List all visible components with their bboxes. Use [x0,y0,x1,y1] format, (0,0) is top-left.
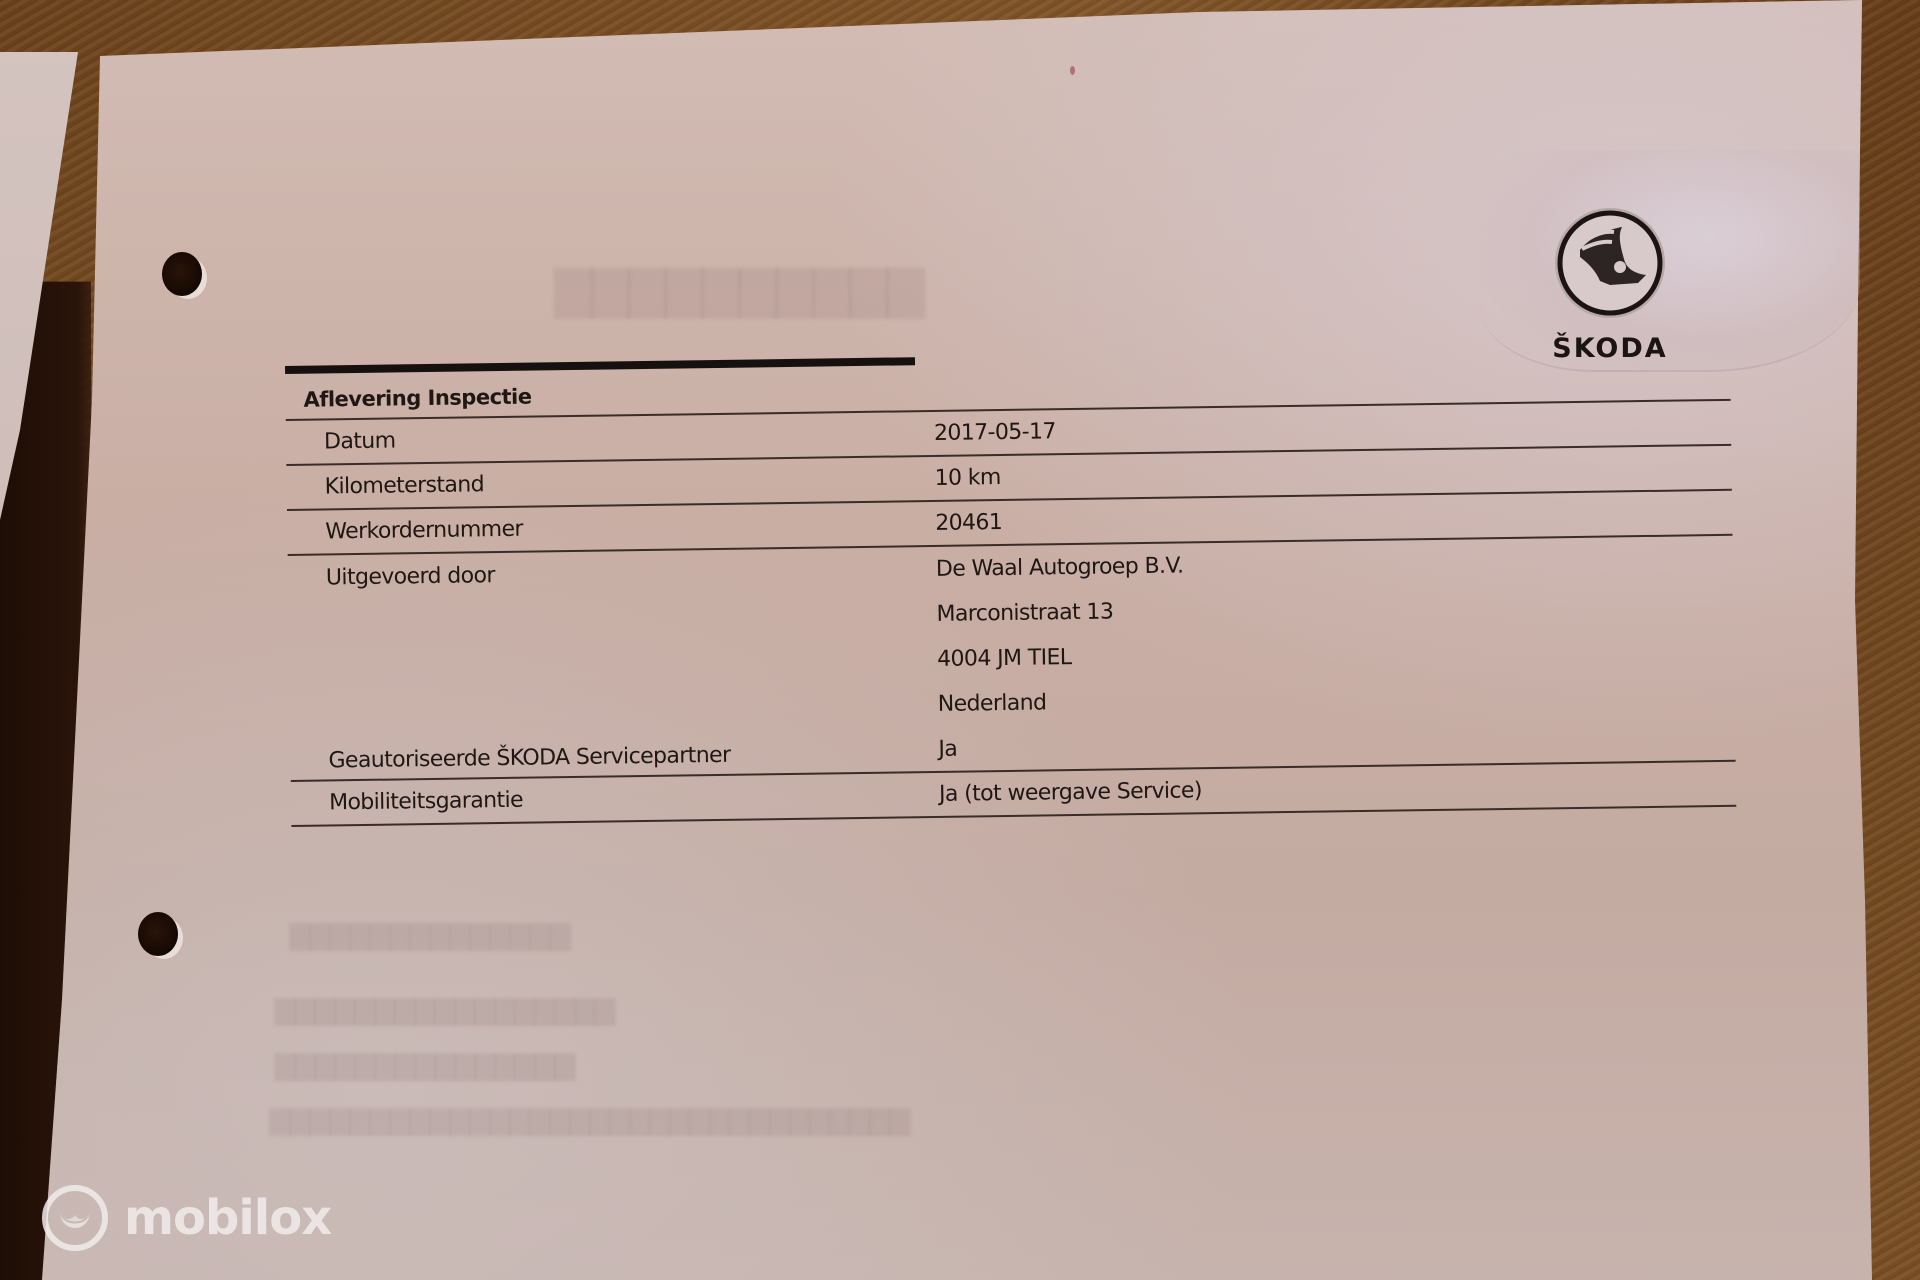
row-label: Mobiliteitsgarantie [291,782,939,816]
row-label: Uitgevoerd door [326,557,936,591]
row-value-group: De Waal Autogroep B.V. Marconistraat 13 … [936,546,1736,767]
row-value: 10 km [934,455,1731,491]
brand-logo: ŠKODA [1540,205,1680,364]
row-value: 20461 [935,500,1732,536]
inspection-table: Aflevering Inspectie Datum 2017-05-17 Ki… [285,346,1736,827]
mobilox-logo-icon [40,1183,110,1253]
row-label: Datum [286,421,934,455]
row-label-group: Uitgevoerd door Geautoriseerde ŠKODA Ser… [288,557,939,776]
row-value: Ja (tot weergave Service) [939,771,1736,807]
table-row-uitgevoerd-door: Uitgevoerd door Geautoriseerde ŠKODA Ser… [288,536,1736,782]
watermark-text: mobilox [124,1190,331,1246]
skoda-winged-arrow-icon [1552,205,1668,321]
row-value: 2017-05-17 [934,410,1731,446]
row-label: Werkordernummer [287,511,935,545]
punch-hole-top [162,252,202,296]
punch-hole-bottom [138,912,178,956]
row-label: Kilometerstand [287,466,935,500]
watermark: mobilox [40,1183,331,1253]
paper-speck [1070,66,1075,75]
row-label: Geautoriseerde ŠKODA Servicepartner [328,740,938,774]
